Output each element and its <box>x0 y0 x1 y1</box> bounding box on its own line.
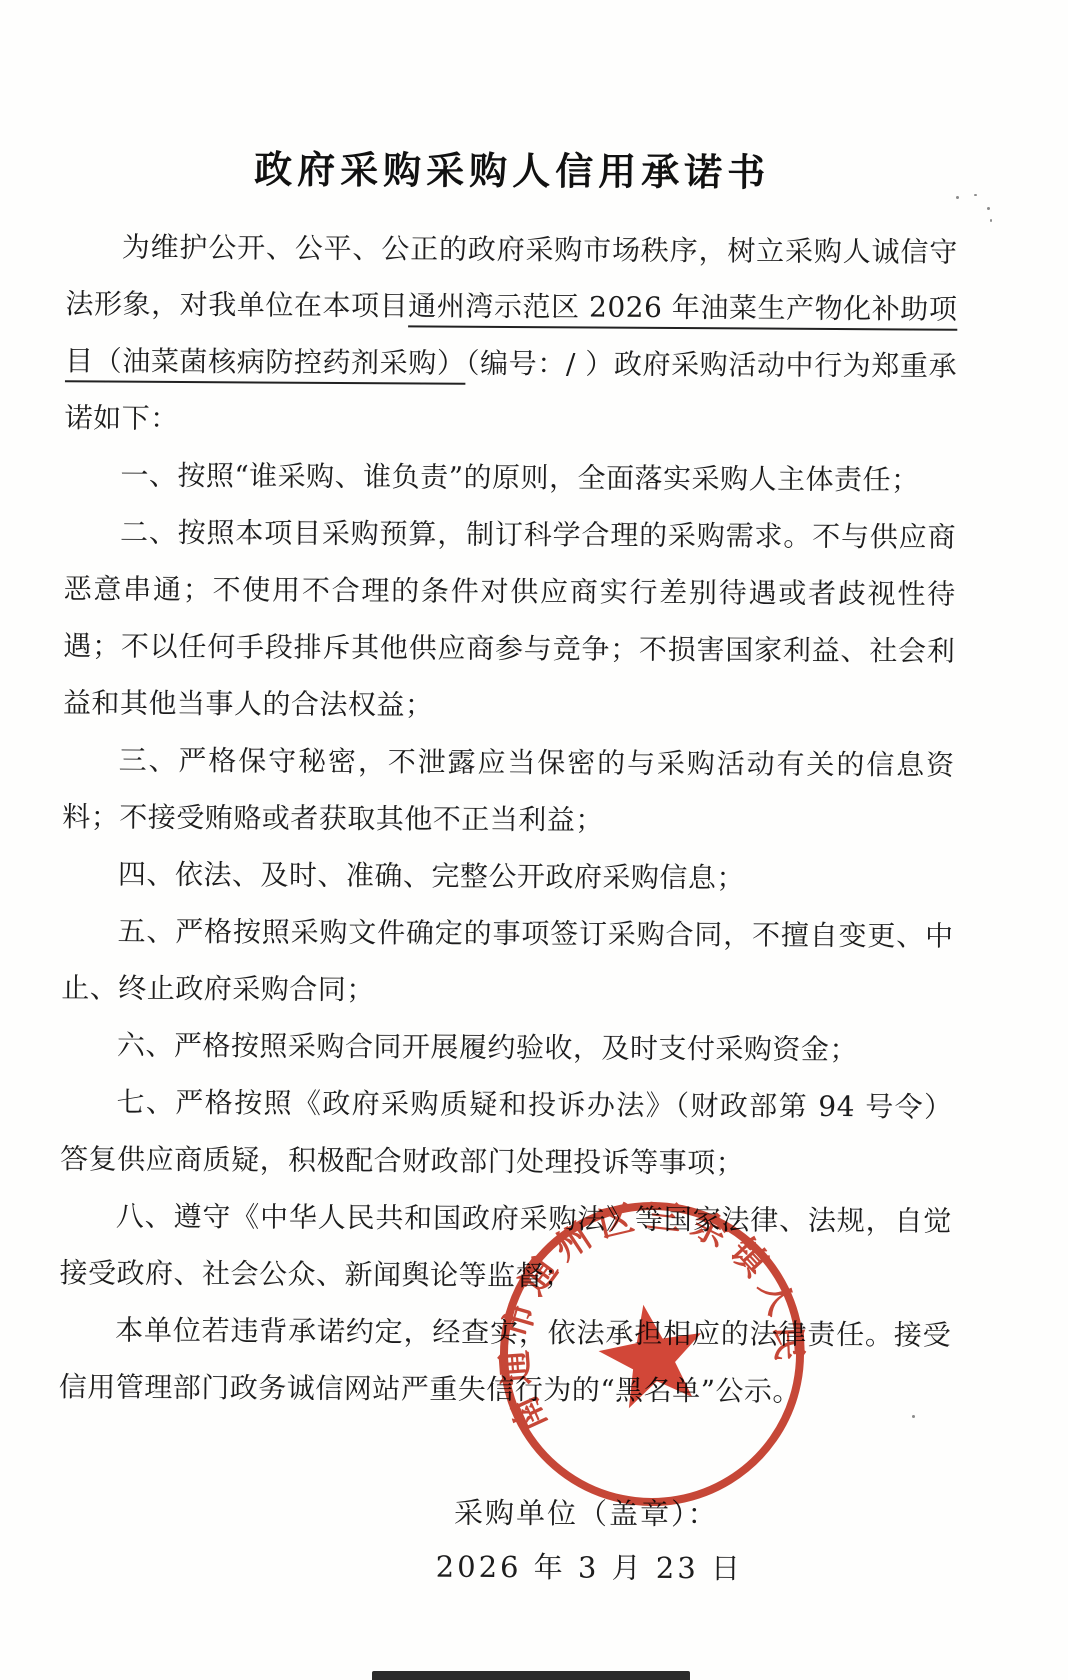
scan-edge-strip <box>372 1671 690 1680</box>
commitment-item-4: 四、依法、及时、准确、完整公开政府采购信息； <box>62 845 954 907</box>
signature-block: 采购单位（盖章）： 2026 年 3 月 23 日 <box>58 1483 951 1596</box>
date-line: 2026 年 3 月 23 日 <box>58 1537 950 1596</box>
star-icon <box>592 1296 712 1412</box>
scan-speck <box>956 196 959 199</box>
intro-paragraph: 为维护公开、公平、公正的政府采购市场秩序，树立采购人诚信守法形象，对我单位在本项… <box>65 218 958 451</box>
scanned-document-page: 政府采购采购人信用承诺书 为维护公开、公平、公正的政府采购市场秩序，树立采购人诚… <box>0 0 1068 1680</box>
commitment-item-7: 七、严格按照《政府采购质疑和投诉办法》（财政部第 94 号令）答复供应商质疑，积… <box>60 1073 953 1192</box>
official-red-seal: 南通市通州区三余镇人民政府 <box>464 1166 839 1541</box>
scan-speck <box>912 1415 915 1418</box>
commitment-item-1: 一、按照“谁采购、谁负责”的原则，全面落实采购人主体责任； <box>64 446 956 508</box>
page-title: 政府采购采购人信用承诺书 <box>66 137 958 197</box>
scan-speck <box>990 219 992 222</box>
signature-label: 采购单位（盖章）： <box>58 1483 950 1542</box>
scan-speck <box>974 194 977 196</box>
commitment-item-3: 三、严格保守秘密，不泄露应当保密的与采购活动有关的信息资料；不接受贿赂或者获取其… <box>62 731 955 850</box>
commitment-item-2: 二、按照本项目采购预算，制订科学合理的采购需求。不与供应商恶意串通；不使用不合理… <box>63 503 956 736</box>
commitment-item-5: 五、严格按照采购文件确定的事项签订采购合同，不擅自变更、中止、终止政府采购合同； <box>61 902 954 1021</box>
commitment-item-6: 六、严格按照采购合同开展履约验收，及时支付采购资金； <box>61 1016 953 1078</box>
scan-speck <box>987 207 990 210</box>
